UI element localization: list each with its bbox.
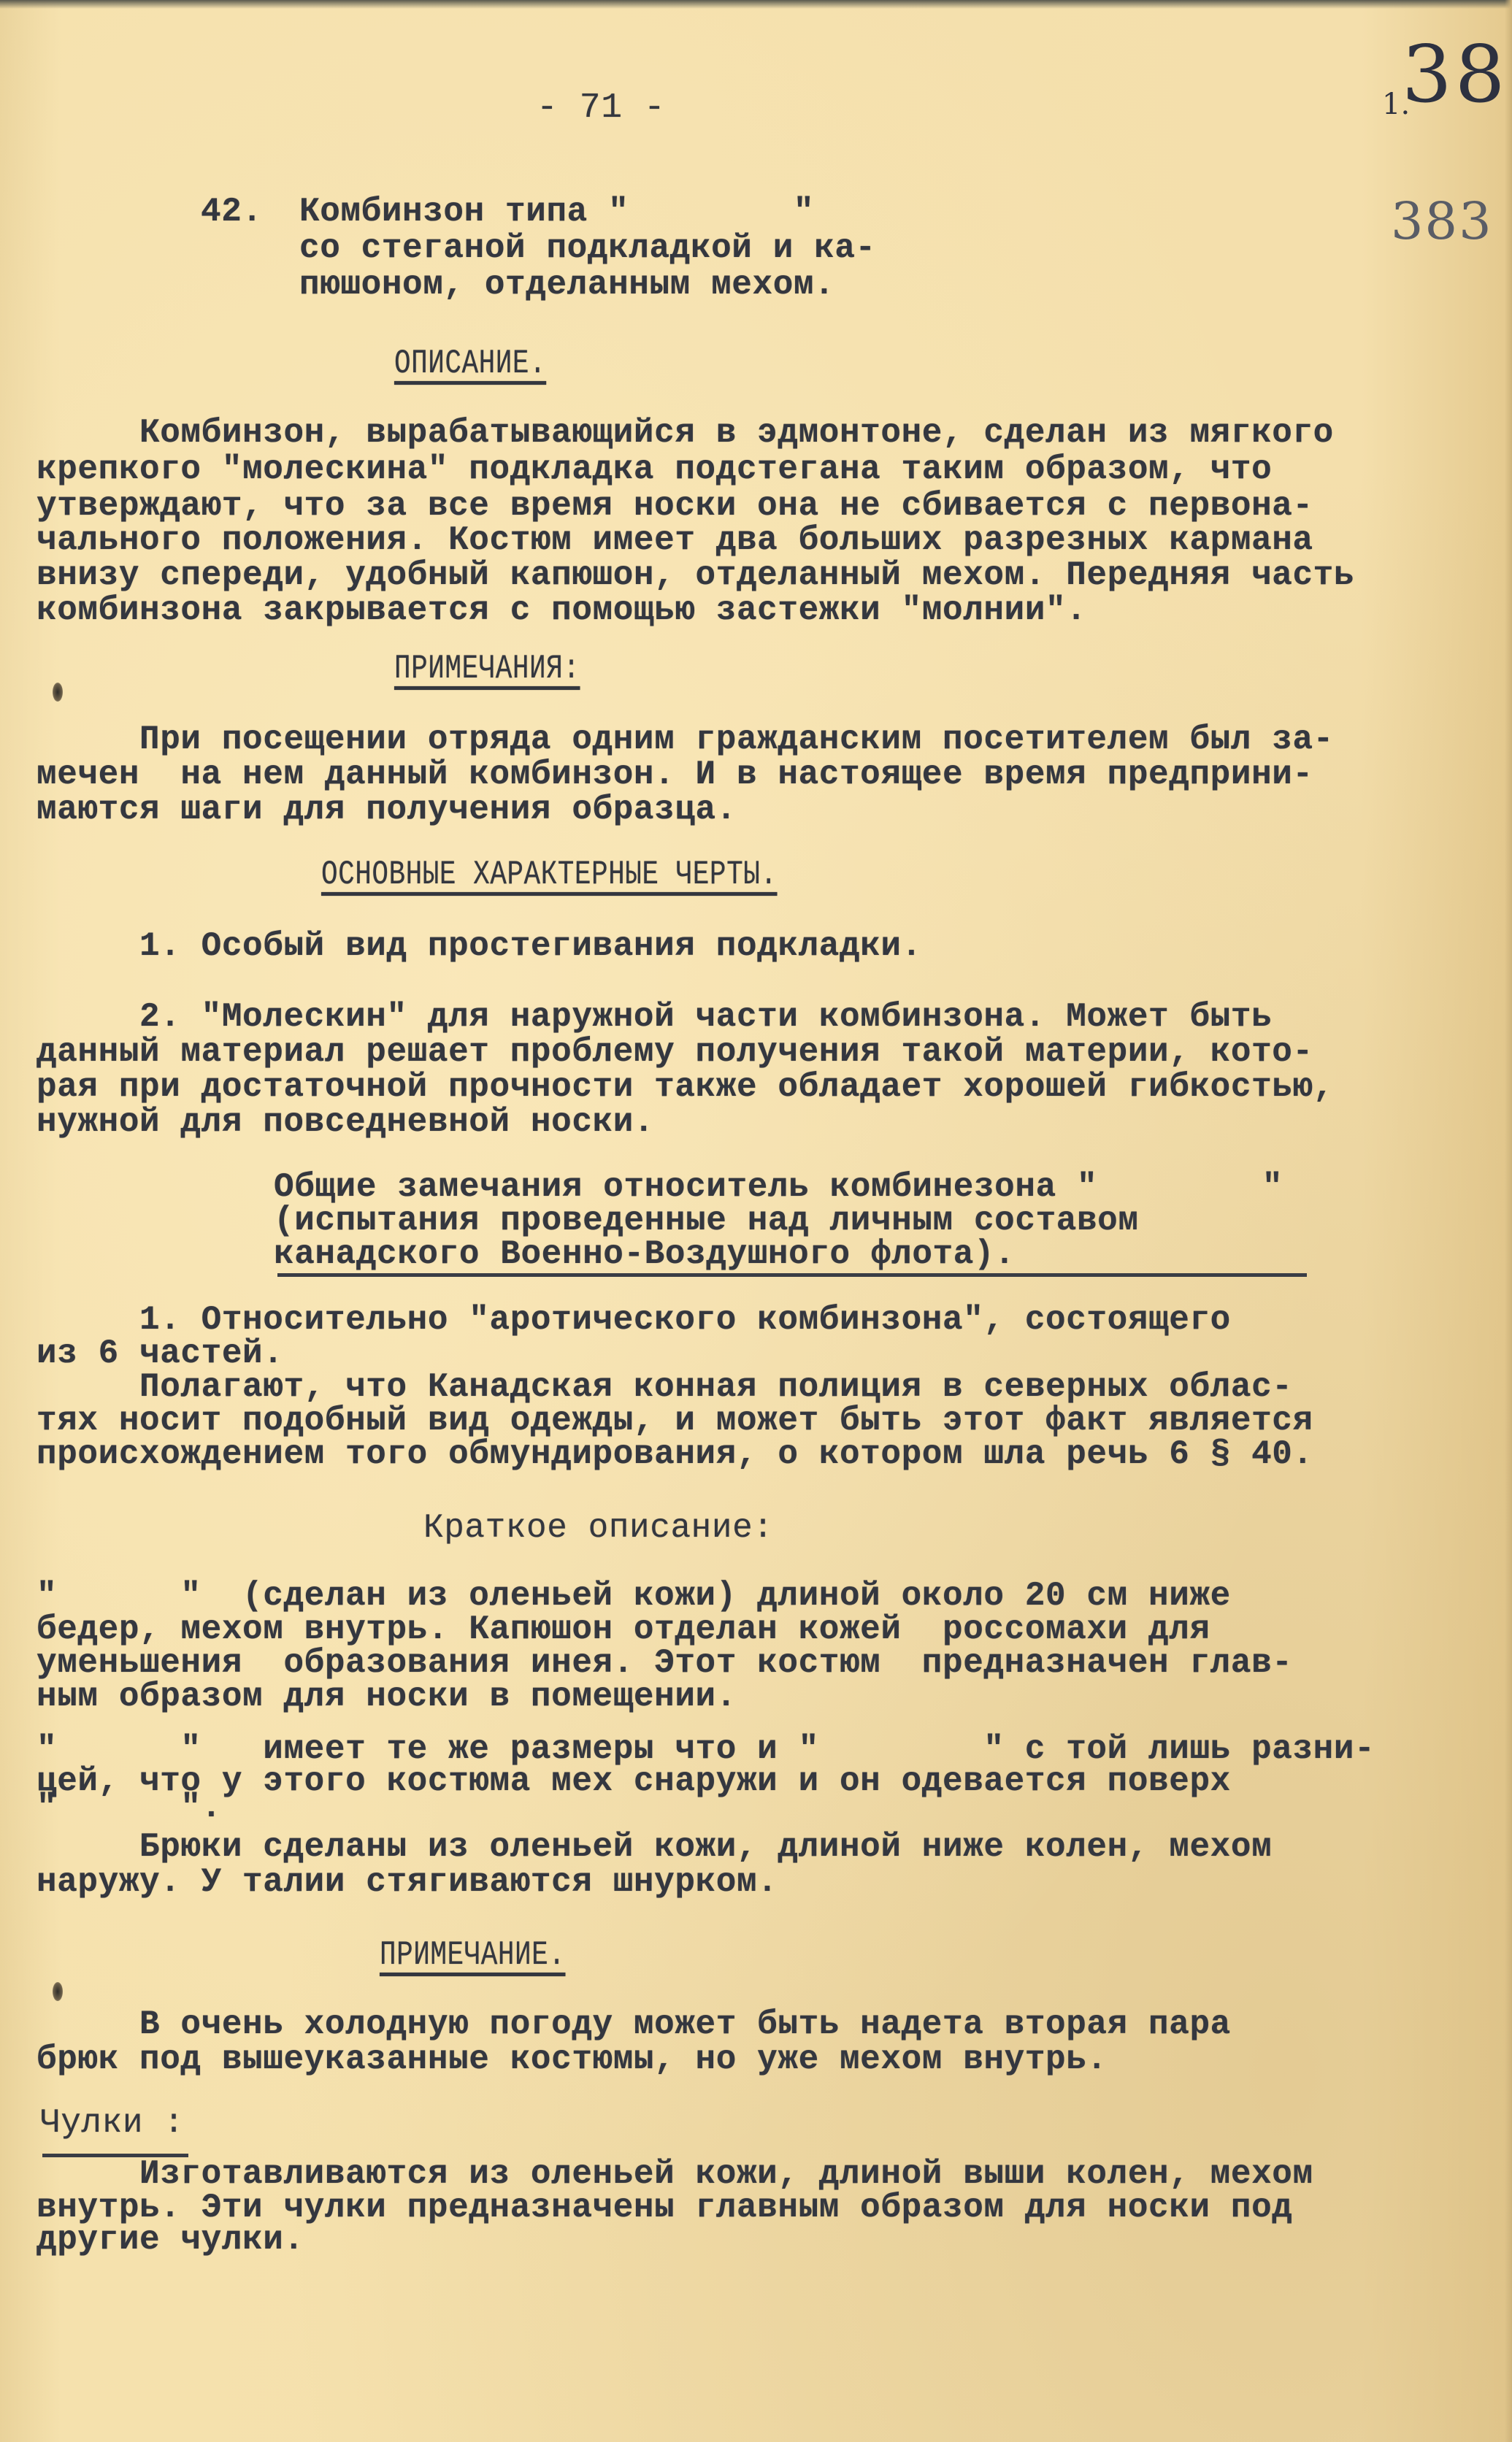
heading-underline bbox=[277, 1273, 1307, 1277]
text-line: " ". bbox=[37, 1787, 222, 1828]
archive-stamp-number: 383 bbox=[1391, 191, 1493, 251]
scan-top-edge bbox=[0, 0, 1512, 9]
item-number: 42. bbox=[201, 191, 263, 232]
archive-folio-number: 38 bbox=[1402, 29, 1508, 120]
scan-right-edge bbox=[1505, 0, 1512, 2442]
text-line: другие чулки. bbox=[37, 2219, 304, 2260]
text-line: нужной для повседневной носки. bbox=[37, 1102, 654, 1143]
item-title-line: со стеганой подкладкой и ка- bbox=[299, 228, 876, 269]
archive-folio-prefix: 1. bbox=[1382, 88, 1410, 121]
section-heading-note: ПРИМЕЧАНИЕ. bbox=[380, 1935, 565, 1976]
section-heading-notes: ПРИМЕЧАНИЯ: bbox=[394, 648, 580, 689]
section-heading-stockings: Чулки : bbox=[40, 2103, 184, 2143]
feature-item-1: 1. Особый вид простегивания подкладки. bbox=[37, 926, 922, 967]
text-line: происхождением того обмундирования, о ко… bbox=[37, 1434, 1313, 1475]
text-line: наружу. У талии стягиваются шнурком. bbox=[37, 1862, 778, 1902]
item-title-line: пюшоном, отделанным мехом. bbox=[299, 264, 834, 305]
item-title-line: Комбинзон типа " " bbox=[299, 191, 814, 232]
punch-hole bbox=[53, 1982, 63, 2001]
text-line: крепкого "молескина" подкладка подстеган… bbox=[37, 449, 1272, 490]
text-line: Комбинзон, вырабатывающийся в эдмонтоне,… bbox=[37, 412, 1334, 453]
text-line: маются шаги для получения образца. bbox=[37, 789, 737, 830]
section-heading-description: ОПИСАНИЕ. bbox=[394, 343, 546, 384]
text-line: комбинзона закрывается с помощью застежк… bbox=[37, 590, 1086, 631]
text-line: брюк под вышеуказанные костюмы, но уже м… bbox=[37, 2039, 1108, 2080]
section-heading-features: ОСНОВНЫЕ ХАРАКТЕРНЫЕ ЧЕРТЫ. bbox=[321, 854, 777, 895]
section-heading-brief: Краткое описание: bbox=[423, 1508, 773, 1548]
text-line: канадского Военно-Воздушного флота). bbox=[274, 1234, 1015, 1275]
text-line: ным образом для носки в помещении. bbox=[37, 1676, 737, 1717]
punch-hole bbox=[53, 683, 63, 702]
typed-page-number: - 71 - bbox=[537, 88, 665, 128]
